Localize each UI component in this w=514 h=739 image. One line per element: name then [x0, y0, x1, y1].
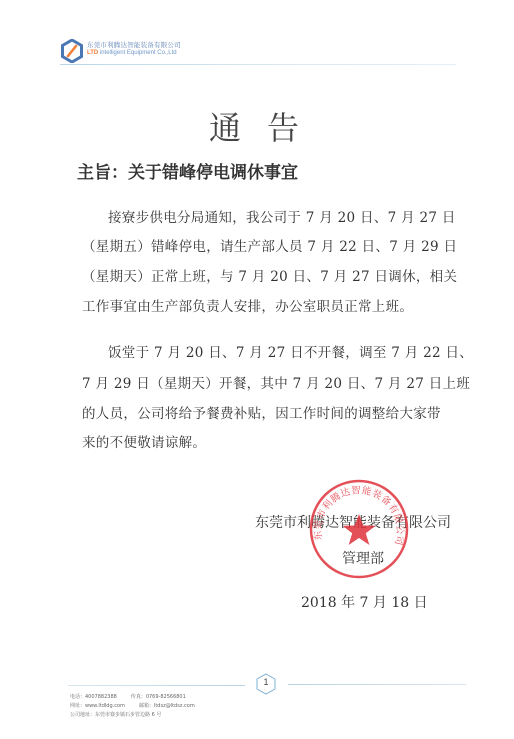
company-name-en-text: intelligent Equipment Co.,Ltd	[98, 50, 176, 56]
signature-date: 2018 年 7 月 18 日	[301, 592, 428, 612]
hexagon-logo-icon	[61, 39, 83, 63]
footer-divider-left	[68, 685, 245, 686]
company-name-cn: 东莞市利腾达智能装备有限公司	[87, 40, 181, 49]
page-number: 1	[256, 677, 276, 687]
paragraph2-line: 7 月 29 日（星期天）开餐，其中 7 月 20 日、7 月 27 日上班	[82, 372, 470, 392]
paragraph1-line: （星期天）正常上班，与 7 月 20 日、7 月 27 日调休，相关	[82, 265, 457, 285]
footer-contact-line: 电话：4007882388传真：0769-82566801	[70, 693, 186, 700]
document-subject: 主旨：关于错峰停电调休事宜	[77, 158, 298, 183]
footer-web-line: 网址：www.ltdldg.com邮箱：ltdsz@ltdsz.com	[70, 702, 195, 709]
footer-fax: 传真：0769-82566801	[131, 694, 186, 700]
footer-phone: 电话：4007882388	[70, 694, 117, 700]
paragraph2-line: 来的不便敬请谅解。	[82, 431, 206, 451]
company-name-en: LTD intelligent Equipment Co.,Ltd	[87, 50, 177, 56]
document-title: 通告	[0, 103, 514, 149]
paragraph1-line: 接寮步供电分局通知，我公司于 7 月 20 日、7 月 27 日	[108, 206, 456, 226]
company-seal-stamp-icon: 东莞市利腾达智能装备有限公司	[308, 478, 410, 580]
paragraph1-line: 工作事宜由生产部负责人安排，办公室职员正常上班。	[82, 295, 413, 315]
header-divider	[60, 64, 456, 65]
paragraph2-line: 的人员，公司将给予餐费补贴，因工作时间的调整给大家带	[82, 402, 441, 422]
paragraph2-line: 饭堂于 7 月 20 日、7 月 27 日不开餐，调至 7 月 22 日、	[108, 341, 473, 361]
footer-website[interactable]: 网址：www.ltdldg.com	[70, 703, 125, 709]
company-name-en-prefix: LTD	[87, 50, 98, 56]
footer-address: 公司地址：东莞市寮步镇石步管边路 6 号	[70, 711, 161, 718]
footer-divider-right	[288, 684, 466, 685]
footer-email[interactable]: 邮箱：ltdsz@ltdsz.com	[139, 703, 195, 709]
paragraph1-line: （星期五）错峰停电，请生产部人员 7 月 22 日、7 月 29 日	[82, 235, 457, 255]
